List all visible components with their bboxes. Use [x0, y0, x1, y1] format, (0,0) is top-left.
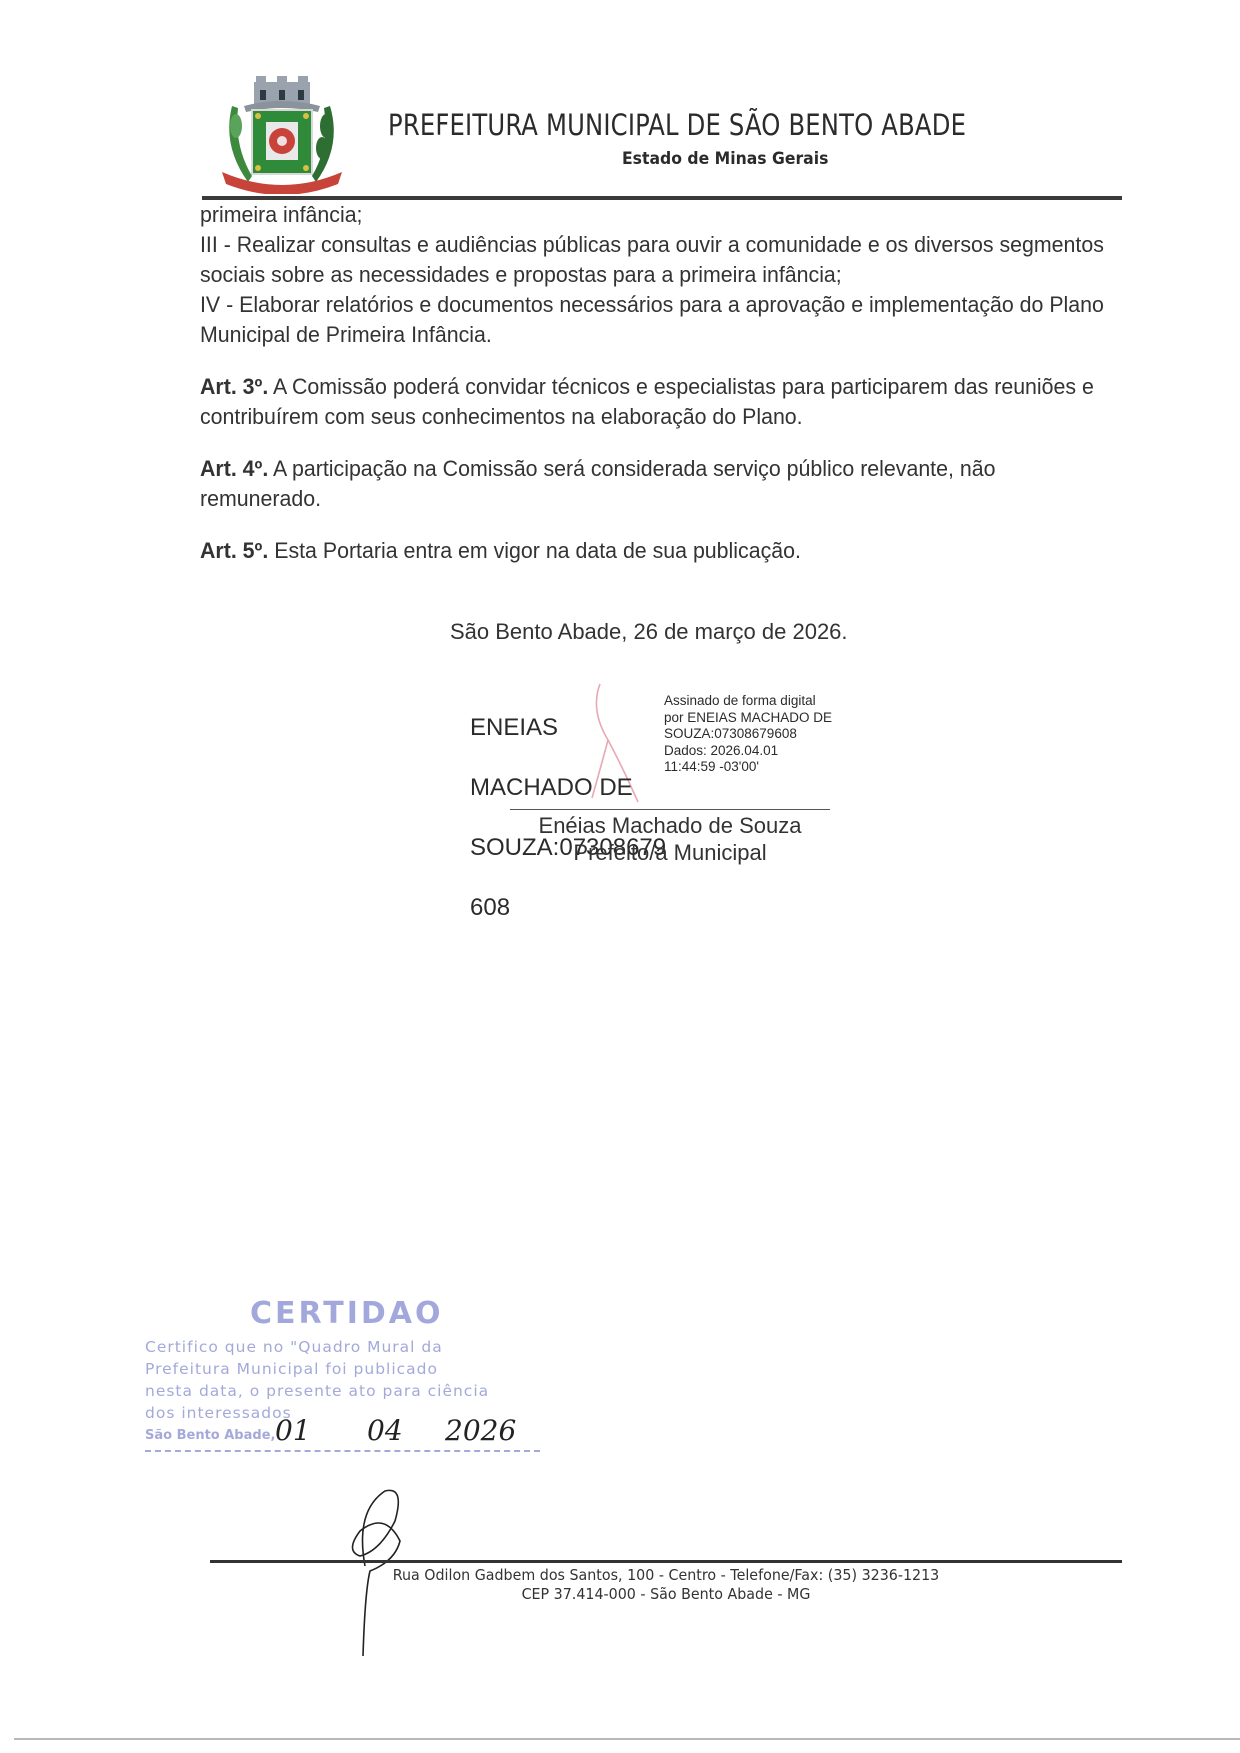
stamp-text-line: dos interessados	[145, 1404, 292, 1422]
handwritten-signature-icon	[325, 1391, 445, 1661]
paragraph-item-iv: IV - Elaborar relatórios e documentos ne…	[200, 290, 1112, 350]
header-title: PREFEITURA MUNICIPAL DE SÃO BENTO ABADE	[388, 108, 966, 142]
article-4-label: Art. 4º.	[200, 456, 268, 481]
footer-address: Rua Odilon Gadbem dos Santos, 100 - Cent…	[233, 1566, 1099, 1584]
article-3: Art. 3º. A Comissão poderá convidar técn…	[200, 372, 1112, 432]
paragraph-item-iii: III - Realizar consultas e audiências pú…	[200, 230, 1112, 290]
scan-page-edge	[14, 1738, 1240, 1740]
stamp-text-line: Certifico que no "Quadro Mural da	[145, 1338, 443, 1356]
stamp-title: CERTIDAO	[250, 1296, 444, 1331]
footer-divider	[210, 1560, 1122, 1563]
place-date: São Bento Abade, 26 de março de 2026.	[450, 619, 848, 645]
handwritten-day: 01	[275, 1414, 311, 1447]
article-5-text: Esta Portaria entra em vigor na data de …	[268, 538, 801, 563]
footer-postal: CEP 37.414-000 - São Bento Abade - MG	[233, 1585, 1099, 1603]
paragraph-continuation: primeira infância;	[200, 200, 1112, 230]
header-subtitle: Estado de Minas Gerais	[622, 149, 828, 169]
handwritten-year: 2026	[445, 1414, 516, 1447]
stamp-place-label: São Bento Abade,	[145, 1428, 275, 1443]
article-4: Art. 4º. A participação na Comissão será…	[200, 454, 1112, 514]
stamp-text-line: Prefeitura Municipal foi publicado	[145, 1360, 438, 1378]
signer-role: Prefeito/a Municipal	[500, 839, 840, 866]
digital-signature-details: Assinado de forma digital por ENEIAS MAC…	[664, 693, 832, 776]
article-3-label: Art. 3º.	[200, 374, 268, 399]
article-5: Art. 5º. Esta Portaria entra em vigor na…	[200, 536, 1112, 566]
signer-name: Enéias Machado de Souza	[500, 812, 840, 839]
coat-of-arms-icon	[218, 76, 346, 194]
document-body: primeira infância; III - Realizar consul…	[200, 200, 1112, 566]
article-5-label: Art. 5º.	[200, 538, 268, 563]
article-4-text: A participação na Comissão será consider…	[200, 456, 995, 511]
article-3-text: A Comissão poderá convidar técnicos e es…	[200, 374, 1094, 429]
signature-line	[510, 809, 830, 810]
document-page: PREFEITURA MUNICIPAL DE SÃO BENTO ABADE …	[0, 0, 1240, 1753]
